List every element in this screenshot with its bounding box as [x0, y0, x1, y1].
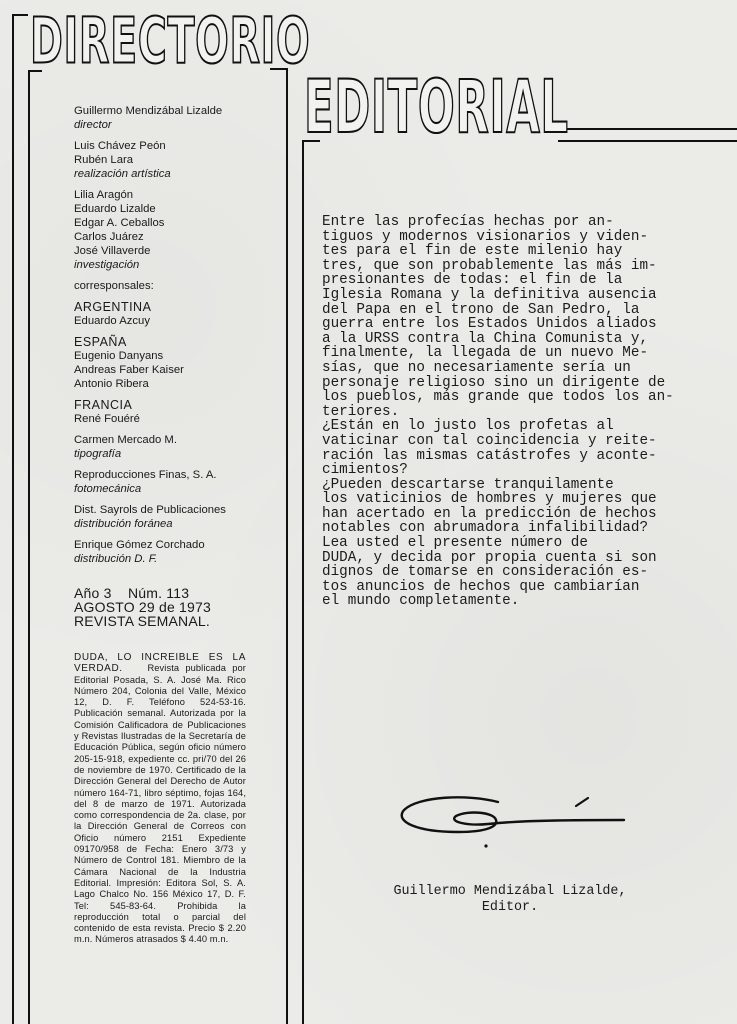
signature-image [398, 792, 628, 852]
production-role: fotomecánica [74, 482, 246, 496]
staff-research: Lilia Aragón Eduardo Lizalde Edgar A. Ce… [74, 188, 246, 272]
correspondent-name: René Fouéré [74, 412, 246, 426]
directory-sidebar: Guillermo Mendizábal Lizalde director Lu… [74, 104, 246, 946]
staff-role: realización artística [74, 167, 246, 181]
country: FRANCIA [74, 398, 246, 412]
staff-name: Guillermo Mendizábal Lizalde [74, 104, 246, 118]
production-name: Reproducciones Finas, S. A. [74, 468, 246, 482]
staff-name: Lilia Aragón [74, 188, 246, 202]
production-photo: Reproducciones Finas, S. A. fotomecánica [74, 468, 246, 496]
editorial-paragraph: Lea usted el presente número de DUDA, y … [322, 536, 734, 609]
issue-info: Año 3 Núm. 113 AGOSTO 29 de 1973 REVISTA… [74, 586, 246, 628]
staff-name: José Villaverde [74, 244, 246, 258]
correspondent-name: Andreas Faber Kaiser [74, 363, 246, 377]
issue-date: AGOSTO 29 de 1973 [74, 600, 246, 614]
correspondent-argentina: ARGENTINA Eduardo Azcuy [74, 300, 246, 328]
production-foreign-dist: Dist. Sayrols de Publicaciones distribuc… [74, 503, 246, 531]
country: ARGENTINA [74, 300, 246, 314]
correspondent-espana: ESPAÑA Eugenio Danyans Andreas Faber Kai… [74, 335, 246, 391]
staff-role: investigación [74, 258, 246, 272]
staff-name: Carlos Juárez [74, 230, 246, 244]
production-role: tipografía [74, 447, 246, 461]
production-name: Carmen Mercado M. [74, 433, 246, 447]
issue-frequency: REVISTA SEMANAL. [74, 614, 246, 628]
signer-block: Guillermo Mendizábal Lizalde, Editor. [340, 884, 680, 916]
production-name: Enrique Gómez Corchado [74, 538, 246, 552]
staff-director: Guillermo Mendizábal Lizalde director [74, 104, 246, 132]
country: ESPAÑA [74, 335, 246, 349]
directorio-title: DIRECTORIO [30, 10, 310, 73]
editorial-body: Entre las profecías hechas por an- tiguo… [322, 215, 734, 609]
editorial-paragraph: ¿Están en lo justo los profetas al vatic… [322, 419, 734, 477]
staff-name: Rubén Lara [74, 153, 246, 167]
editorial-paragraph: ¿Pueden descartarse tranquilamente los v… [322, 478, 734, 536]
correspondents-label: corresponsales: [74, 279, 246, 293]
staff-role: director [74, 118, 246, 132]
editorial-paragraph: Entre las profecías hechas por an- tiguo… [322, 215, 734, 419]
production-df-dist: Enrique Gómez Corchado distribución D. F… [74, 538, 246, 566]
signer-title: Editor. [340, 900, 680, 916]
correspondent-francia: FRANCIA René Fouéré [74, 398, 246, 426]
production-name: Dist. Sayrols de Publicaciones [74, 503, 246, 517]
correspondent-name: Antonio Ribera [74, 377, 246, 391]
staff-art: Luis Chávez Peón Rubén Lara realización … [74, 139, 246, 181]
staff-name: Eduardo Lizalde [74, 202, 246, 216]
production-role: distribución D. F. [74, 552, 246, 566]
correspondent-name: Eugenio Danyans [74, 349, 246, 363]
legal-text: Revista publicada por Editorial Posada, … [74, 663, 246, 944]
staff-name: Luis Chávez Peón [74, 139, 246, 153]
staff-name: Edgar A. Ceballos [74, 216, 246, 230]
correspondent-name: Eduardo Azcuy [74, 314, 246, 328]
production-role: distribución foránea [74, 517, 246, 531]
signer-name: Guillermo Mendizábal Lizalde, [340, 884, 680, 900]
editorial-title: EDITORIAL [304, 70, 569, 144]
legal-notice: DUDA, LO INCREIBLE ES LA VERDAD. Revista… [74, 652, 246, 946]
production-typography: Carmen Mercado M. tipografía [74, 433, 246, 461]
